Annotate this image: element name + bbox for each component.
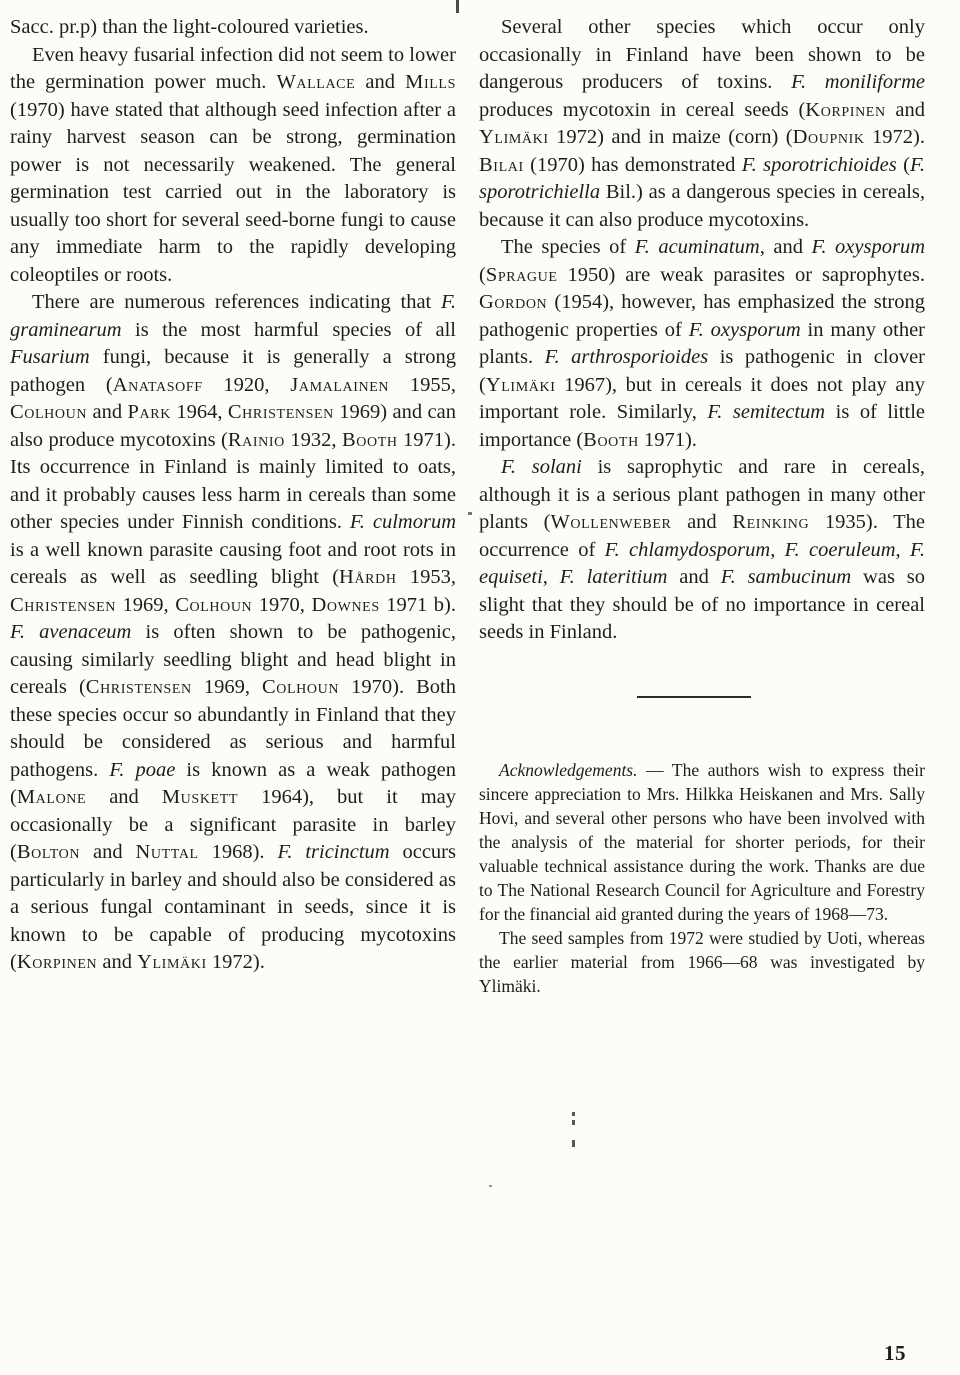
paragraph-germination: Even heavy fusarial infection did not se… <box>10 42 456 290</box>
right-column: Several other species which occur only o… <box>479 14 925 998</box>
scanned-paper-page: Sacc. pr.p) than the light-coloured vari… <box>0 0 960 1375</box>
scan-artifact-speck <box>572 1112 575 1116</box>
paragraph-other-species: Several other species which occur only o… <box>479 14 925 234</box>
paragraph-solani: F. solani is saprophytic and rare in cer… <box>479 454 925 647</box>
scan-artifact-speck <box>572 1120 575 1125</box>
paragraph-harmful-species: There are numerous references indicating… <box>10 289 456 977</box>
page-number: 15 <box>884 1341 906 1366</box>
scan-artifact-tick <box>456 0 459 13</box>
section-divider-rule <box>637 696 751 698</box>
paragraph-continuation: Sacc. pr.p) than the light-coloured vari… <box>10 14 456 42</box>
acknowledgements-paragraph: Acknowledgements. — The authors wish to … <box>479 758 925 926</box>
acknowledgements-section: Acknowledgements. — The authors wish to … <box>479 758 925 998</box>
acknowledgements-credit-paragraph: The seed samples from 1972 were studied … <box>479 926 925 998</box>
scan-artifact-speck <box>468 512 472 515</box>
left-column: Sacc. pr.p) than the light-coloured vari… <box>10 14 456 977</box>
scan-artifact-speck <box>572 1140 575 1147</box>
scan-artifact-speck <box>489 1185 492 1187</box>
paragraph-weak-parasites: The species of F. acuminatum, and F. oxy… <box>479 234 925 454</box>
